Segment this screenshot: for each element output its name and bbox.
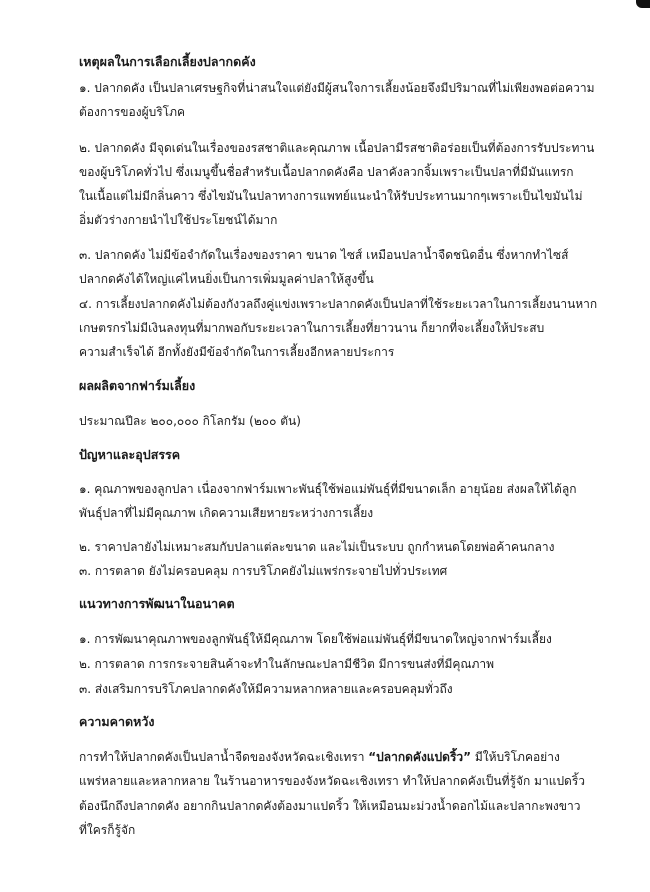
reasons-line-8: ปลากดคังได้ใหญ่แค่ไหนยิ่งเป็นการเพิ่มมูล… xyxy=(79,270,374,288)
reasons-line-4: ของผู้บริโภคทั่วไป ซึ่งเมนูขึ้นชื่อสำหรั… xyxy=(79,163,574,181)
expectation-brand-name: “ปลากดคังแปดริ้ว” xyxy=(368,750,471,764)
future-line-2: ๒. การตลาด การกระจายสินค้าจะทำในลักษณะปล… xyxy=(79,655,494,673)
reasons-line-1: ๑. ปลากดคัง เป็นปลาเศรษฐกิจที่น่าสนใจแต่… xyxy=(79,79,595,97)
section-title-output: ผลผลิตจากฟาร์มเลี้ยง xyxy=(79,376,195,396)
expectation-line-3: ต้องนึกถึงปลากดคัง อยากกินปลากดคังต้องมา… xyxy=(79,797,580,815)
future-line-3: ๓. ส่งเสริมการบริโภคปลากดคังให้มีความหลา… xyxy=(79,680,453,698)
output-line-1: ประมาณปีละ ๒๐๐,๐๐๐ กิโลกรัม (๒๐๐ ตัน) xyxy=(79,412,301,430)
section-title-future: แนวทางการพัฒนาในอนาคต xyxy=(79,594,235,614)
expectation-line-1: การทำให้ปลากดคังเป็นปลาน้ำจืดของจังหวัดฉ… xyxy=(79,748,560,766)
section-title-reasons: เหตุผลในการเลือกเลี้ยงปลากดคัง xyxy=(79,52,256,72)
future-line-1: ๑. การพัฒนาคุณภาพของลูกพันธุ์ให้มีคุณภาพ… xyxy=(79,630,552,648)
problems-line-1: ๑. คุณภาพของลูกปลา เนื่องจากฟาร์มเพาะพัน… xyxy=(79,480,577,498)
reasons-line-3: ๒. ปลากดคัง มีจุดเด่นในเรื่องของรสชาติแล… xyxy=(79,139,594,157)
reasons-line-5: ในเนื้อแต่ไม่มีกลิ่นคาว ซึ่งไขมันในปลาทา… xyxy=(79,187,583,205)
reasons-line-10: เกษตรกรไม่มีเงินลงทุนที่มากพอกับระยะเวลา… xyxy=(79,319,544,337)
expectation-line-1-pre: การทำให้ปลากดคังเป็นปลาน้ำจืดของจังหวัดฉ… xyxy=(79,750,368,764)
expectation-line-1-post: มีให้บริโภคอย่าง xyxy=(471,750,560,764)
expectation-line-4: ที่ใครก็รู้จัก xyxy=(79,821,135,839)
expectation-line-2: แพร่หลายและหลากหลาย ในร้านอาหารของจังหวั… xyxy=(79,772,585,790)
reasons-line-9: ๔. การเลี้ยงปลากดคังไม่ต้องกังวลถึงคู่แข… xyxy=(79,295,597,313)
scan-corner-mark xyxy=(636,0,650,8)
reasons-line-11: ความสำเร็จได้ อีกทั้งยังมีข้อจำกัดในการเ… xyxy=(79,343,394,361)
reasons-line-6: อิ่มตัวร่างกายนำไปใช้ประโยชน์ได้มาก xyxy=(79,211,277,229)
problems-line-2: พันธุ์ปลาที่ไม่มีคุณภาพ เกิดความเสียหายร… xyxy=(79,504,373,522)
problems-line-3: ๒. ราคาปลายังไม่เหมาะสมกับปลาแต่ละขนาด แ… xyxy=(79,538,554,556)
section-title-expectation: ความคาดหวัง xyxy=(79,712,155,732)
section-title-problems: ปัญหาและอุปสรรค xyxy=(79,445,180,465)
reasons-line-7: ๓. ปลากดคัง ไม่มีข้อจำกัดในเรื่องของราคา… xyxy=(79,246,568,264)
problems-line-4: ๓. การตลาด ยังไม่ครอบคลุม การบริโภคยังไม… xyxy=(79,562,447,580)
reasons-line-2: ต้องการของผู้บริโภค xyxy=(79,103,185,121)
